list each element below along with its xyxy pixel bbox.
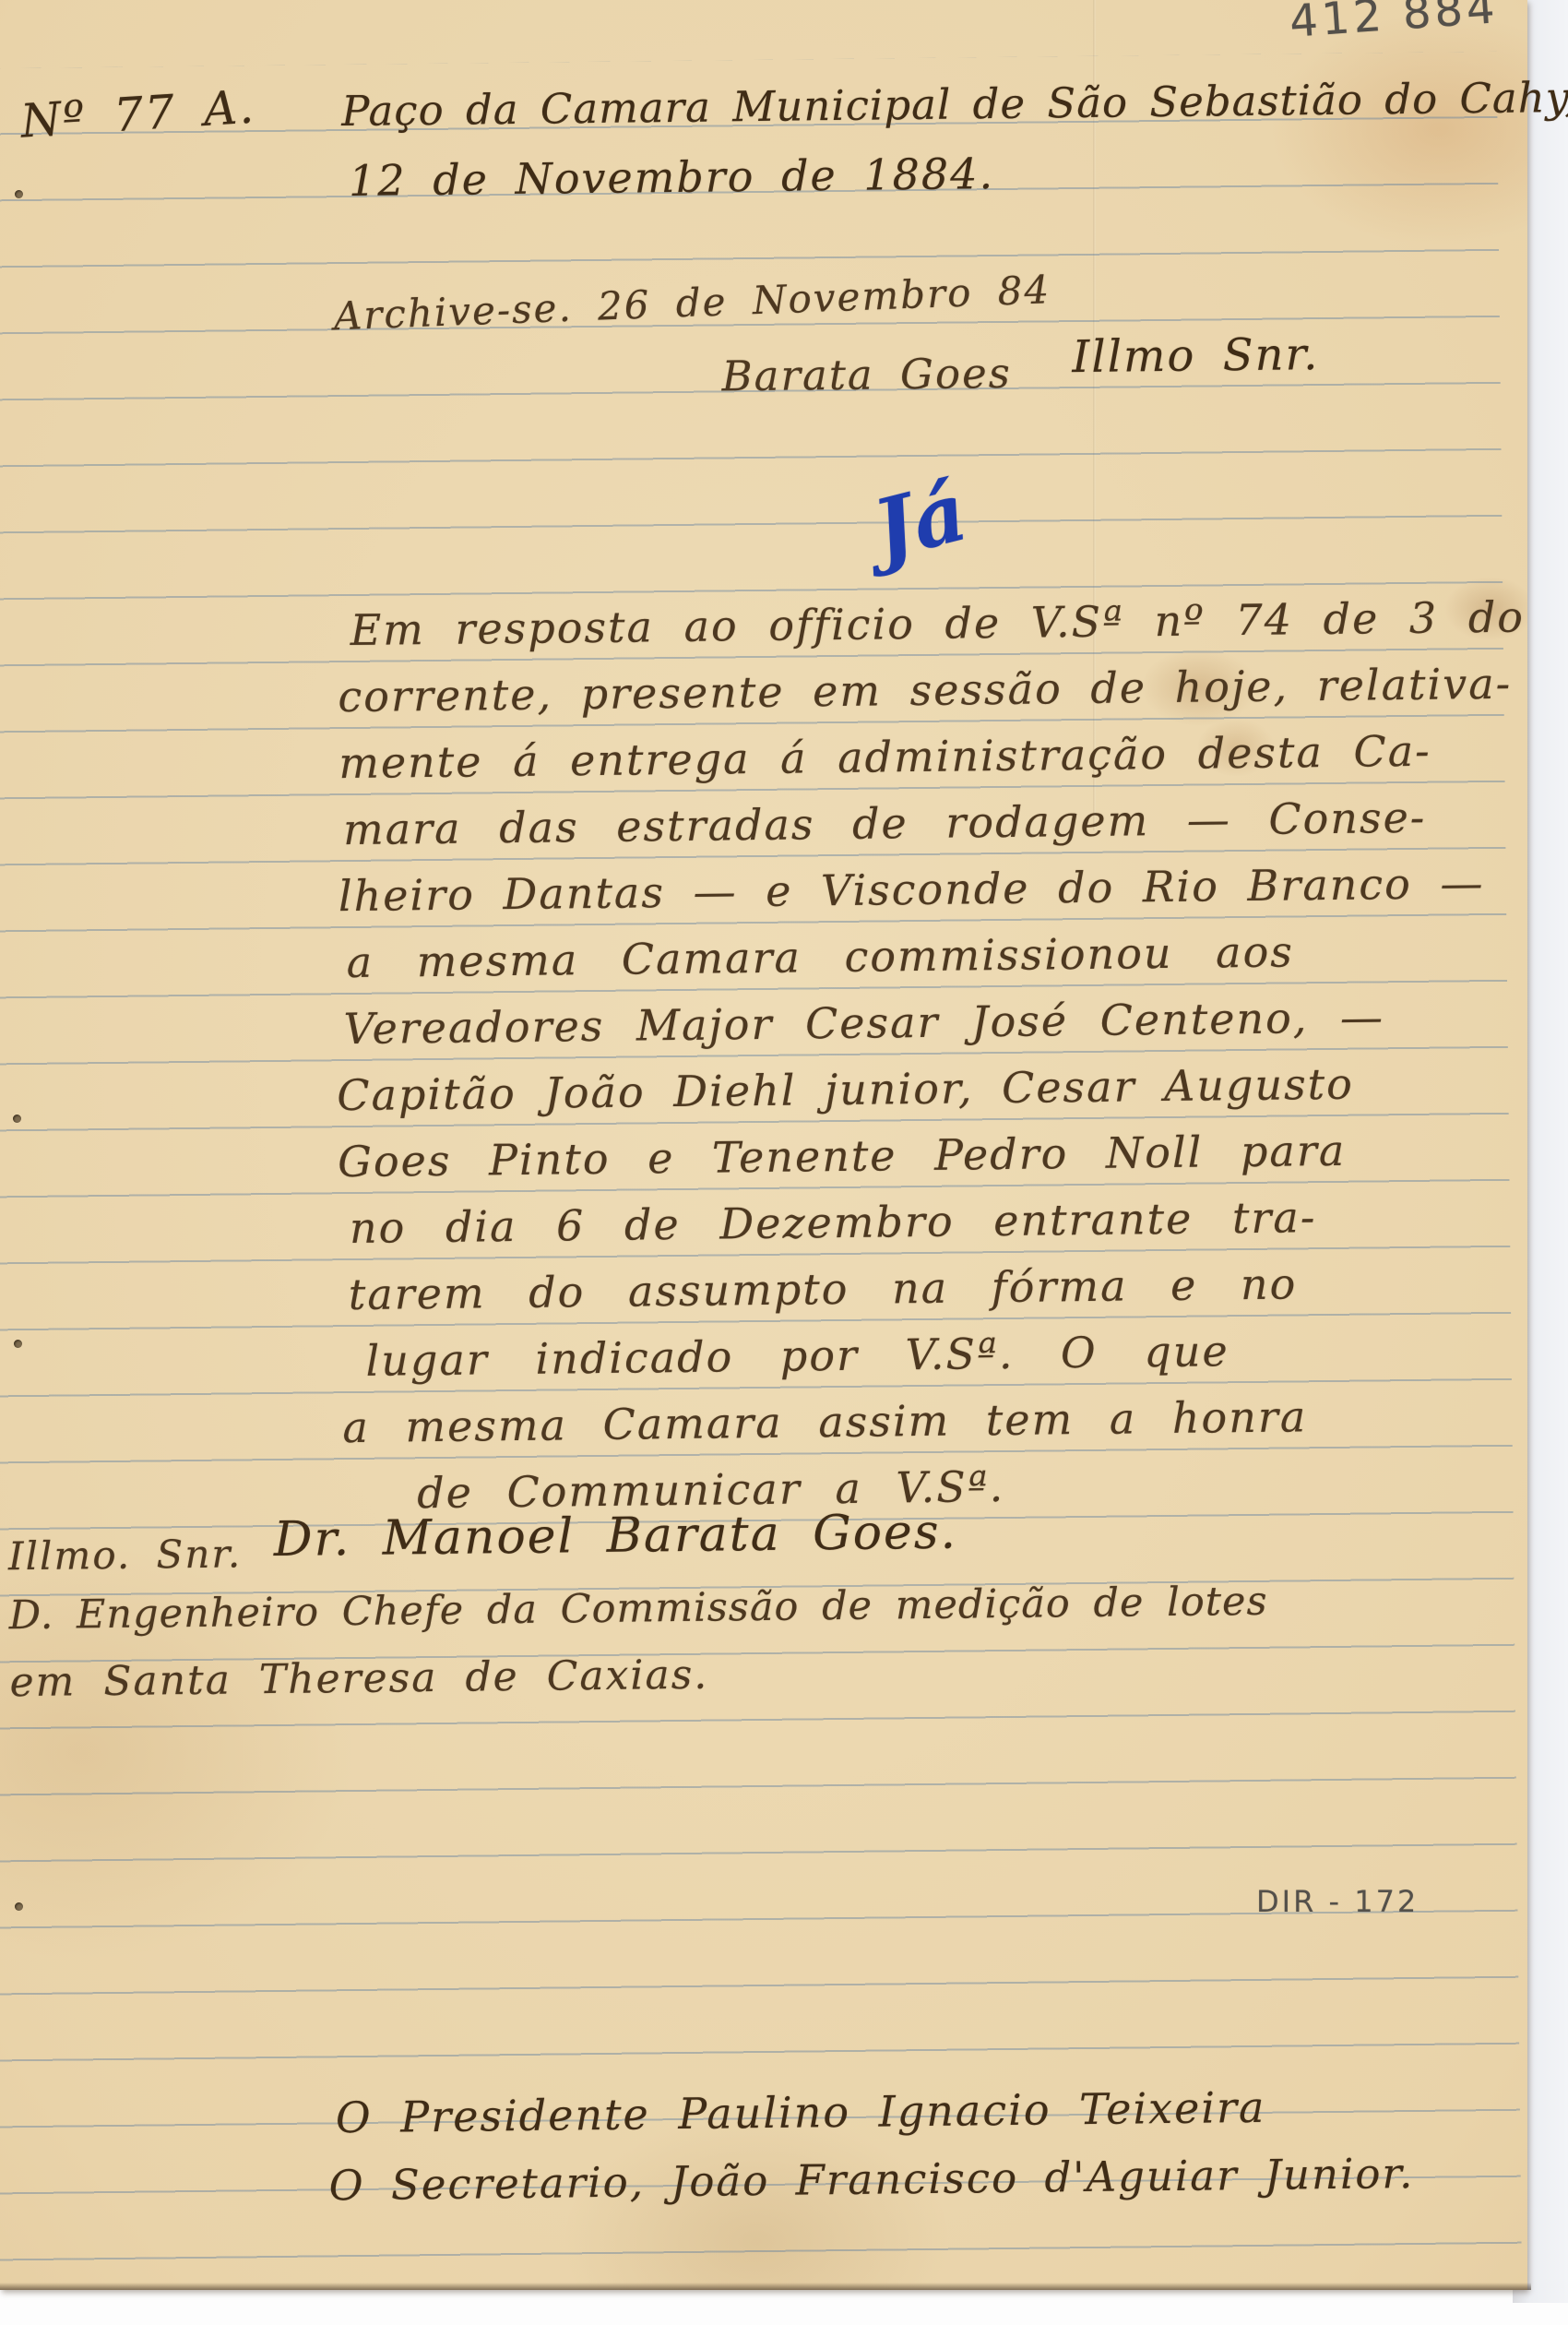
address-place-line: em Santa Theresa de Caxias. bbox=[9, 1651, 708, 1707]
binding-hole bbox=[15, 190, 23, 198]
binding-hole bbox=[15, 1902, 23, 1911]
binding-hole bbox=[14, 1340, 22, 1348]
salutation-top: Illmo Snr. bbox=[1072, 328, 1320, 383]
date-line: 12 de Novembro de 1884. bbox=[349, 149, 995, 206]
archive-signature: Barata Goes bbox=[721, 349, 1012, 401]
catalog-number-pencil: DIR - 172 bbox=[1256, 1884, 1419, 1919]
binding-hole bbox=[13, 1115, 21, 1123]
manuscript-paper: Nº 77 A. Paço da Camara Municipal de São… bbox=[0, 0, 1527, 2290]
address-salutation: Illmo. Snr. bbox=[8, 1531, 243, 1579]
paper-bottom-edge-shadow bbox=[0, 2283, 1531, 2290]
ruled-content-layer: Nº 77 A. Paço da Camara Municipal de São… bbox=[0, 0, 1540, 2299]
address-name: Dr. Manoel Barata Goes. bbox=[273, 1505, 957, 1568]
president-signature: O Presidente Paulino Ignacio Teixeira bbox=[336, 2082, 1266, 2142]
document-scan: { "annotations": { "archive_number": "41… bbox=[0, 0, 1568, 2325]
body-line: lugar indicado por V.Sª. O que bbox=[365, 1326, 1229, 1386]
